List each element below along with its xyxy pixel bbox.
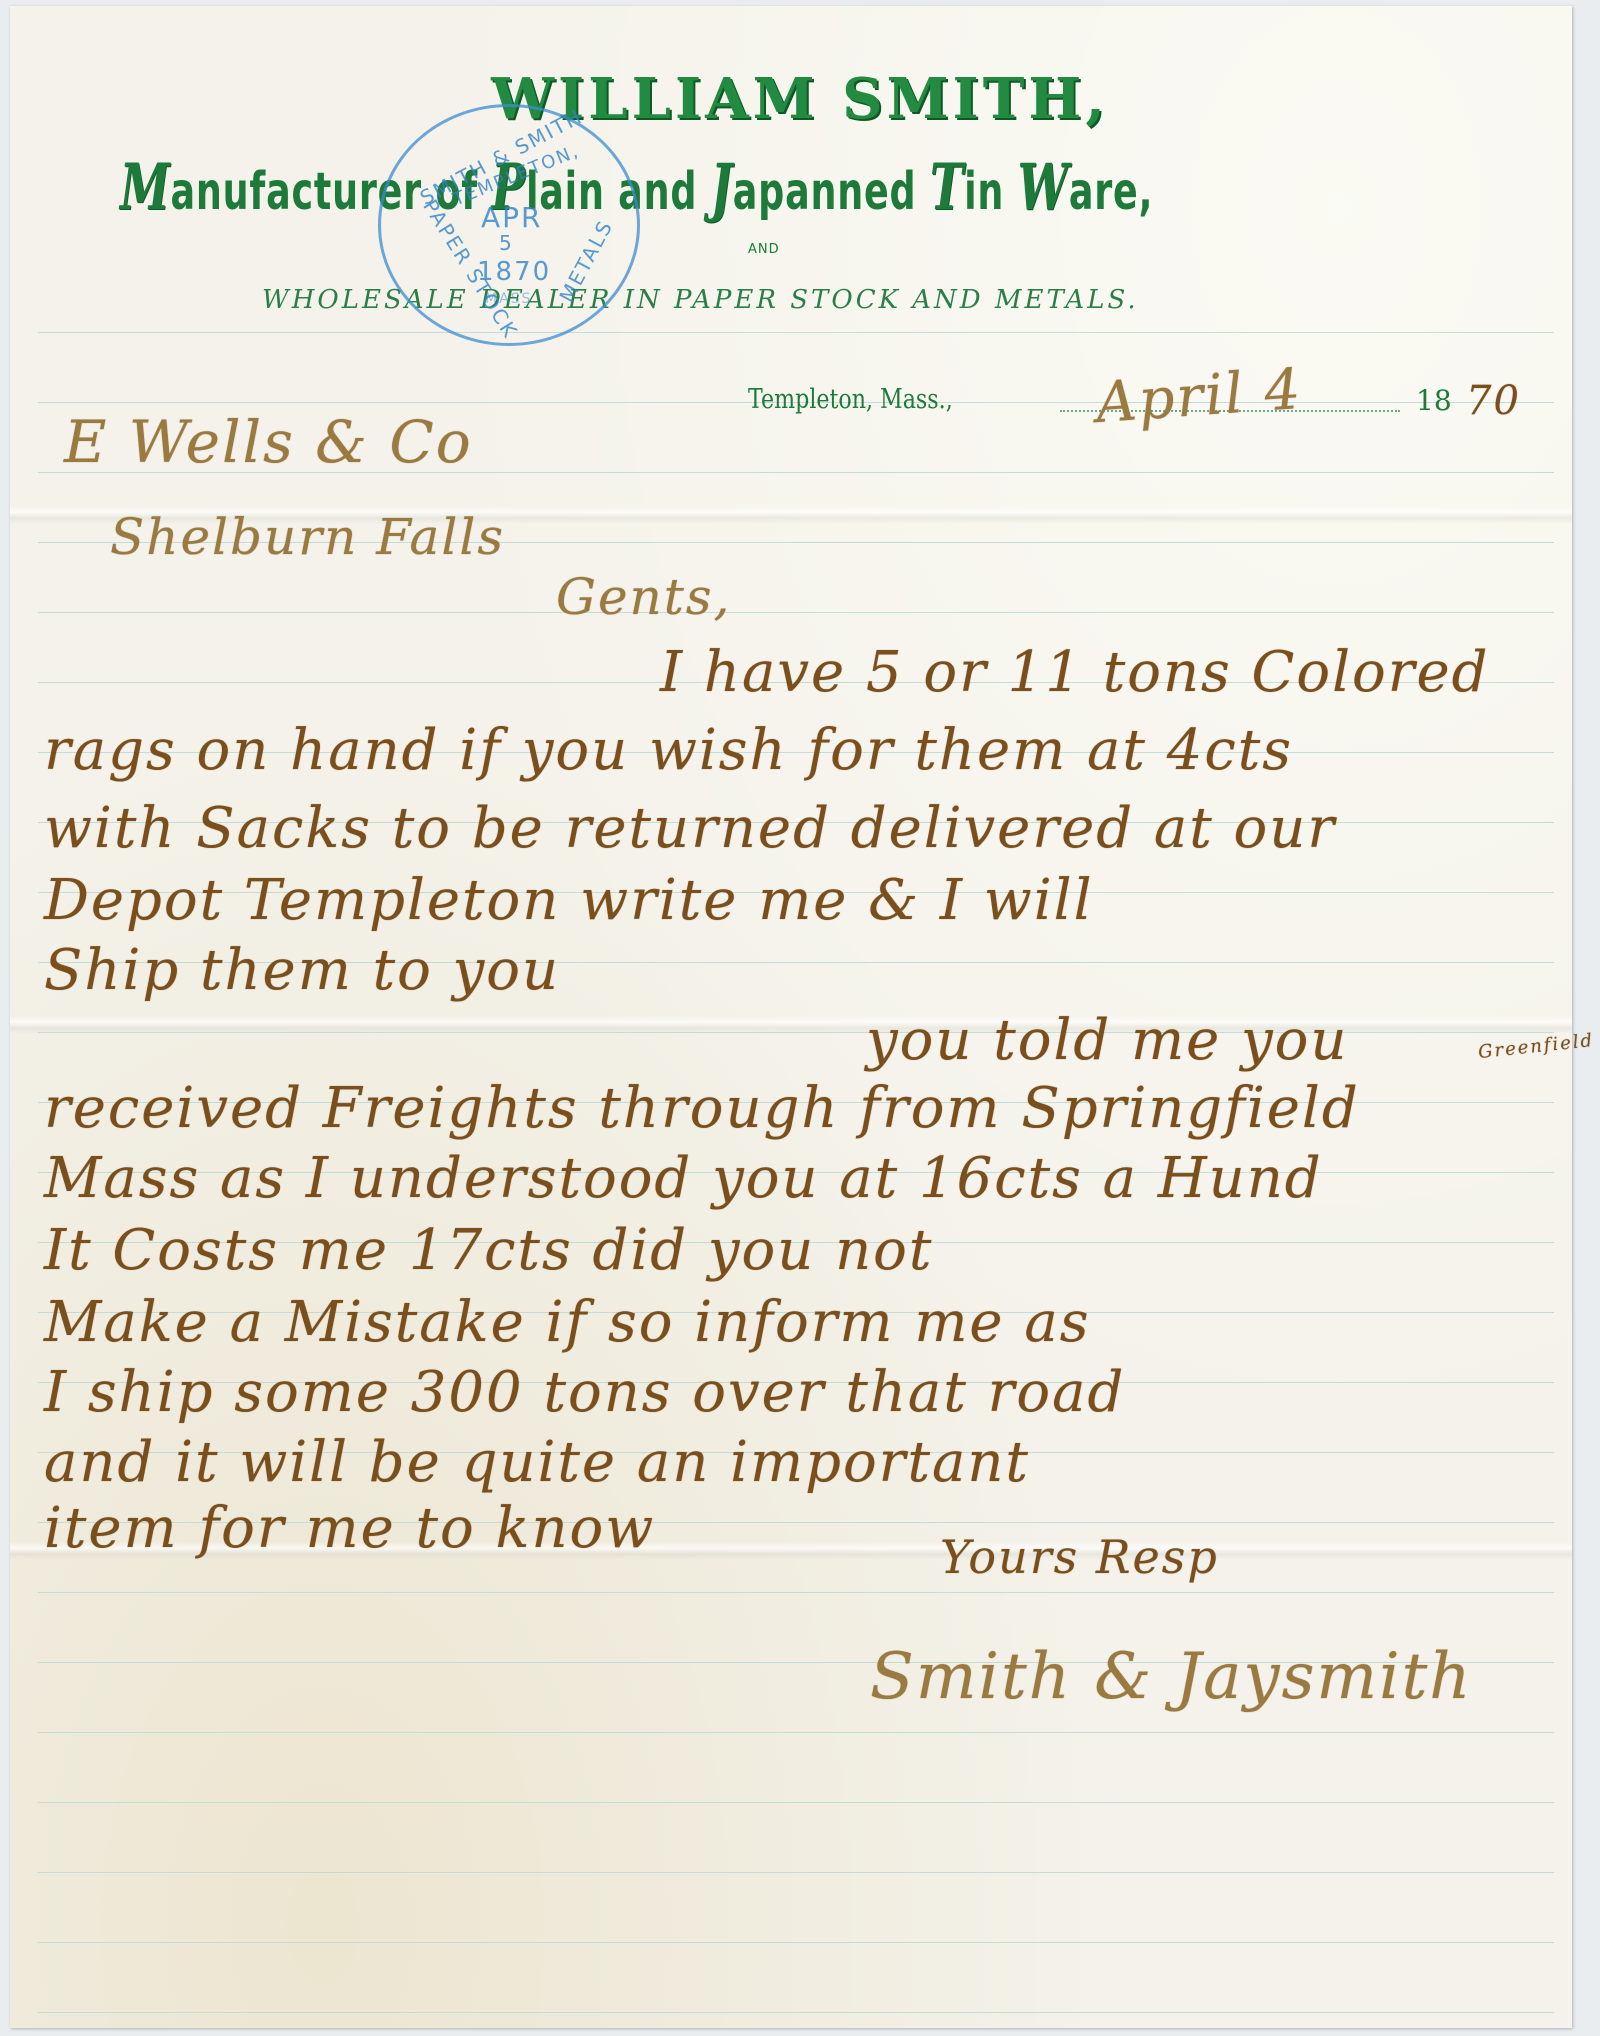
stamp-day: 5 [499, 231, 514, 255]
handwritten-year: 70 [1466, 378, 1521, 424]
ruled-line [38, 2012, 1554, 2013]
ornate-initial: W [1018, 150, 1069, 225]
ruled-line [38, 1592, 1554, 1593]
letterhead-dealer-line: WHOLESALE DEALER IN PAPER STOCK AND META… [262, 285, 1139, 315]
body-line: I ship some 300 tons over that road [44, 1360, 1125, 1425]
received-stamp: SMITH & SMITH TEMPLETON, APR 5 1870 MASS… [378, 104, 640, 346]
trade-text: in [964, 162, 1018, 222]
body-line: rags on hand if you wish for them at 4ct… [44, 718, 1293, 783]
printed-year-prefix: 18 [1416, 384, 1452, 417]
addressee-town: Shelburn Falls [110, 508, 505, 566]
ruled-line [38, 1942, 1554, 1943]
body-line: received Freights through from Springfie… [44, 1076, 1360, 1141]
signature: Smith & Jaysmith [870, 1640, 1473, 1714]
body-line: Depot Templeton write me & I will [44, 868, 1093, 933]
ornate-initial: M [120, 150, 171, 225]
body-line: you told me you [866, 1008, 1348, 1073]
stamp-month: APR [481, 201, 543, 234]
trade-text: are, [1069, 162, 1153, 222]
body-line: item for me to know [44, 1496, 655, 1561]
closing: Yours Resp [940, 1530, 1219, 1584]
letterhead-place: Templeton, Mass., [748, 384, 953, 415]
body-line: It Costs me 17cts did you not [44, 1218, 933, 1283]
letterhead-name: WILLIAM SMITH, [0, 66, 1600, 132]
ruled-line [38, 332, 1554, 333]
stamp-metals: METALS [554, 216, 617, 307]
body-line: Make a Mistake if so inform me as [44, 1290, 1091, 1355]
body-line: Mass as I understood you at 16cts a Hund [44, 1146, 1323, 1211]
trade-text: apanned [733, 162, 930, 222]
body-line: and it will be quite an important [44, 1430, 1030, 1495]
ruled-line [38, 612, 1554, 613]
body-line: with Sacks to be returned delivered at o… [44, 796, 1336, 861]
ruled-line [38, 1872, 1554, 1873]
letterhead-and: AND [748, 242, 780, 257]
ruled-line [38, 1802, 1554, 1803]
salutation: Gents, [556, 568, 731, 626]
ornate-initial: T [930, 150, 964, 225]
body-line: I have 5 or 11 tons Colored [660, 640, 1490, 705]
ruled-line [38, 1732, 1554, 1733]
ornate-initial: J [711, 150, 733, 225]
addressee: E Wells & Co [64, 408, 473, 476]
letterhead-trade: Manufacturer of Plain and Japanned Tin W… [120, 150, 1165, 225]
body-line: Ship them to you [44, 938, 560, 1003]
